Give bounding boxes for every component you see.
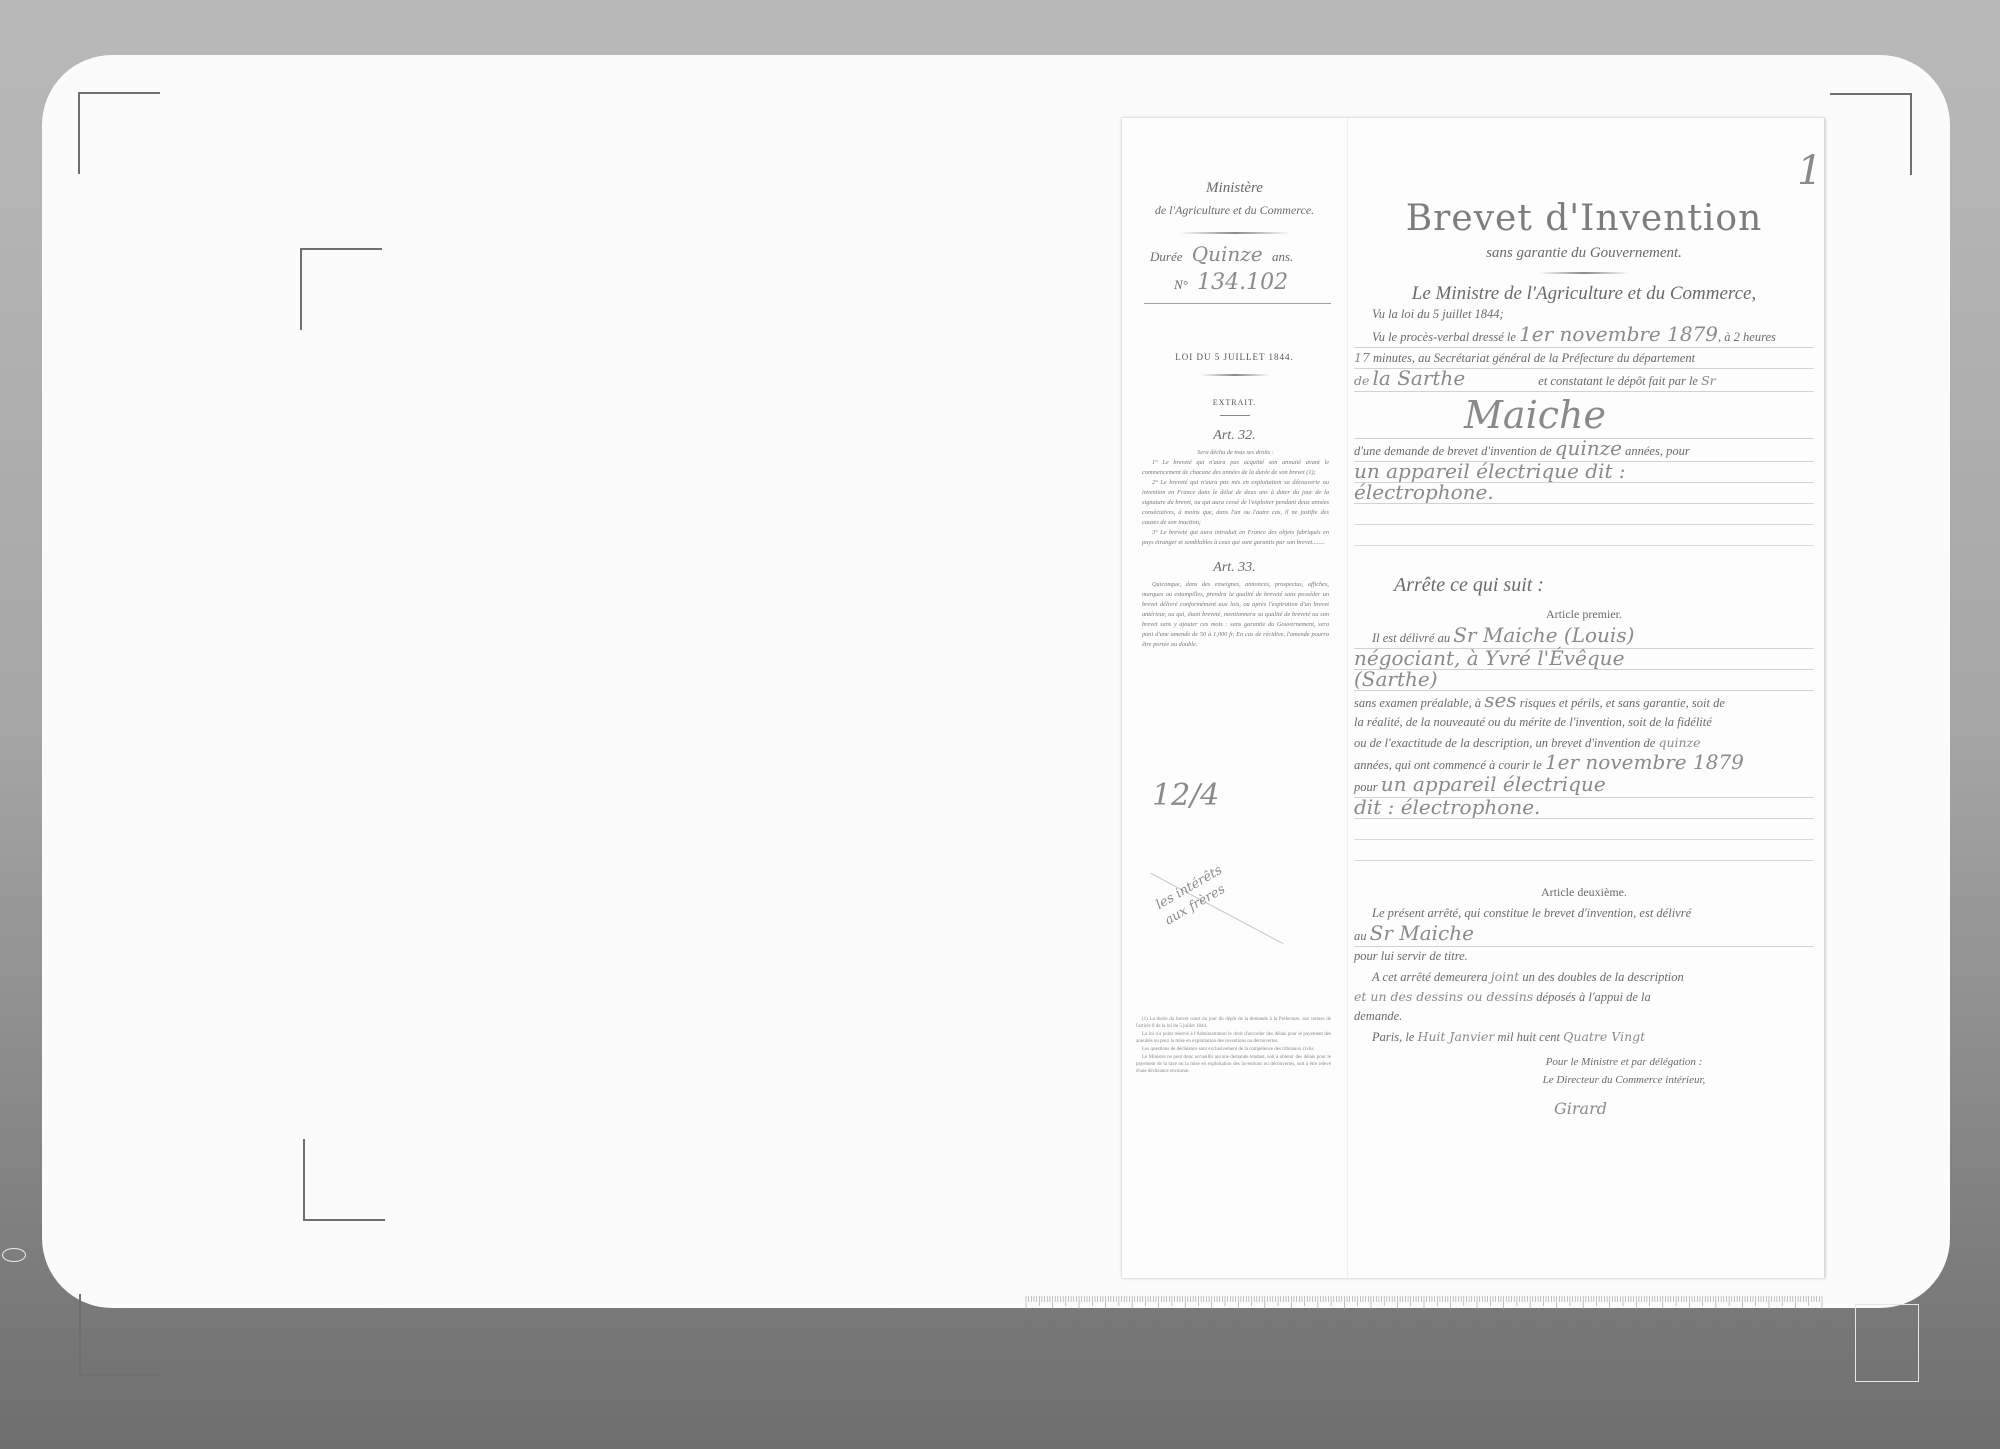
- document-title: Brevet d'Invention: [1354, 198, 1814, 239]
- invention-title-line: un appareil électrique: [1381, 772, 1606, 796]
- number-label: N°: [1174, 277, 1188, 292]
- margin-number: 12/4: [1152, 778, 1219, 813]
- svg-text:3: 3: [1103, 1318, 1109, 1329]
- deposit-date: 1er novembre 1879: [1519, 322, 1718, 346]
- static-text: Il est délivré au: [1372, 631, 1450, 645]
- ornament-divider: [1539, 272, 1629, 274]
- static-text: de: [1354, 373, 1369, 388]
- signoff-block: Pour le Ministre et par délégation : Le …: [1354, 1053, 1814, 1089]
- ministry-header: Ministère de l'Agriculture et du Commerc…: [1122, 180, 1347, 218]
- granted-duration: quinze: [1658, 735, 1700, 750]
- svg-text:10: 10: [1286, 1318, 1298, 1329]
- patent-document: 1 Ministère de l'Agriculture et du Comme…: [1122, 118, 1825, 1278]
- crop-mark-top-left: [78, 92, 160, 174]
- svg-text:19: 19: [1525, 1318, 1537, 1329]
- blank-line: [1354, 840, 1814, 861]
- patent-number: 134.102: [1197, 270, 1288, 295]
- svg-text:30: 30: [1816, 1318, 1828, 1329]
- static-text: minutes, au Secrétariat général de la Pr…: [1373, 351, 1695, 365]
- svg-text:21: 21: [1578, 1318, 1590, 1329]
- text-line: sans examen préalable, à ses risques et …: [1354, 691, 1814, 713]
- svg-text:16: 16: [1445, 1318, 1457, 1329]
- svg-text:17: 17: [1472, 1318, 1484, 1329]
- duration-label: Durée: [1150, 249, 1183, 264]
- duration-value: Quinze: [1192, 242, 1263, 266]
- extract-label: EXTRAIT.: [1122, 398, 1347, 407]
- arrete-heading: Arrête ce qui suit :: [1394, 576, 1814, 595]
- patent-number-field: N° 134.102: [1174, 270, 1347, 295]
- beneficiary-department: (Sarthe): [1354, 670, 1814, 691]
- article-33-heading: Art. 33.: [1122, 560, 1347, 576]
- article-33-body: Quiconque, dans des enseignes, annonces,…: [1142, 580, 1329, 650]
- static-text: Paris, le: [1372, 1030, 1414, 1044]
- svg-text:4: 4: [1129, 1318, 1135, 1329]
- static-text: mil huit cent: [1498, 1030, 1561, 1044]
- svg-text:6: 6: [1182, 1318, 1188, 1329]
- svg-text:27: 27: [1737, 1318, 1749, 1329]
- svg-text:2: 2: [1076, 1318, 1082, 1329]
- label-strip: [1855, 1304, 1919, 1382]
- article-32-text: Sera déchu de tous ses droits : 1° Le br…: [1122, 448, 1347, 548]
- footnotes: (1) La durée du brevet court du jour du …: [1136, 1016, 1331, 1076]
- divider: [1144, 303, 1331, 304]
- svg-text:5: 5: [1156, 1318, 1162, 1329]
- static-text: années, qui ont commencé à courir le: [1354, 758, 1542, 772]
- static-text: années, pour: [1625, 444, 1690, 458]
- svg-text:15: 15: [1418, 1318, 1430, 1329]
- svg-text:0: 0: [1023, 1318, 1029, 1329]
- dust-speck: [2, 1248, 26, 1262]
- static-text: au: [1354, 929, 1367, 943]
- svg-text:12: 12: [1339, 1318, 1351, 1329]
- footnote: La loi n'a point réservé à l'Administrat…: [1136, 1031, 1331, 1045]
- text-line: demande.: [1354, 1007, 1814, 1027]
- article-32-item: 2° Le breveté qui n'aura pas mis en expl…: [1142, 478, 1329, 528]
- date-line: Paris, le Huit Janvier mil huit cent Qua…: [1354, 1027, 1814, 1047]
- svg-text:26: 26: [1710, 1318, 1722, 1329]
- text-line: et un des dessins ou dessins déposés à l…: [1354, 987, 1814, 1007]
- static-text: sans examen préalable, à: [1354, 696, 1481, 710]
- document-subtitle: sans garantie du Gouvernement.: [1354, 245, 1814, 262]
- static-text: risques et périls, et sans garantie, soi…: [1520, 696, 1725, 710]
- article-32-item: 1° Le breveté qui n'aura pas acquitté so…: [1142, 458, 1329, 478]
- signoff-line: Pour le Ministre et par délégation :: [1434, 1053, 1814, 1071]
- depositor-title: Sr: [1701, 373, 1716, 388]
- ornament-divider: [1180, 232, 1290, 234]
- svg-text:13: 13: [1365, 1318, 1377, 1329]
- text-line: Vu le procès-verbal dressé le 1er novemb…: [1354, 325, 1814, 348]
- static-text: et constatant le dépôt fait par le: [1538, 374, 1698, 388]
- duration-field: Durée Quinze ans.: [1150, 242, 1347, 266]
- ornament-divider: [1200, 374, 1270, 376]
- article-32-item: 3° Le breveté qui aura introduit en Fran…: [1142, 528, 1329, 548]
- static-text: Vu le procès-verbal dressé le: [1372, 330, 1516, 344]
- svg-text:28: 28: [1763, 1318, 1775, 1329]
- footnote: Les questions de déchéance sont exclusiv…: [1136, 1046, 1331, 1053]
- text-line: A cet arrêté demeurera joint un des doub…: [1354, 967, 1814, 987]
- text-line: de la Sarthe et constatant le dépôt fait…: [1354, 369, 1814, 392]
- law-title: LOI DU 5 JUILLET 1844.: [1122, 352, 1347, 362]
- svg-text:20: 20: [1551, 1318, 1563, 1329]
- handwritten-insert: et un des dessins ou dessins: [1354, 989, 1533, 1004]
- date-year: Quatre Vingt: [1563, 1029, 1645, 1044]
- preamble: Le Ministre de l'Agriculture et du Comme…: [1354, 284, 1814, 1118]
- left-column: Ministère de l'Agriculture et du Commerc…: [1122, 118, 1348, 1278]
- svg-text:29: 29: [1790, 1318, 1802, 1329]
- invention-title-line: dit : électrophone.: [1354, 798, 1814, 819]
- blank-line: [1354, 819, 1814, 840]
- signature: Girard: [1554, 1099, 1814, 1118]
- crop-mark-top-right: [1830, 93, 1912, 175]
- svg-text:1: 1: [1050, 1318, 1056, 1329]
- svg-text:24: 24: [1657, 1318, 1669, 1329]
- footnote: (1) La durée du brevet court du jour du …: [1136, 1016, 1331, 1030]
- invention-title-line: électrophone.: [1354, 483, 1814, 504]
- signoff-line: Le Directeur du Commerce intérieur,: [1434, 1071, 1814, 1089]
- duration-unit: ans.: [1272, 249, 1293, 264]
- requested-duration: quinze: [1555, 436, 1622, 460]
- department-value: la Sarthe: [1373, 366, 1466, 390]
- svg-text:9: 9: [1262, 1318, 1268, 1329]
- text-line: pour lui servir de titre.: [1354, 947, 1814, 967]
- beneficiary-name: Sr Maiche (Louis): [1453, 623, 1634, 647]
- svg-text:11: 11: [1313, 1318, 1324, 1329]
- deposit-minutes: 17: [1354, 350, 1370, 365]
- right-column: Brevet d'Invention sans garantie du Gouv…: [1354, 118, 1814, 1278]
- divider: [1220, 415, 1250, 416]
- start-date: 1er novembre 1879: [1545, 750, 1744, 774]
- footnote: Le Ministre ne peut donc accueillir aucu…: [1136, 1054, 1331, 1075]
- article-premier-heading: Article premier.: [1354, 605, 1814, 624]
- measurement-ruler: 0123456789101112131415161718192021222324…: [1022, 1292, 1830, 1338]
- svg-text:22: 22: [1604, 1318, 1616, 1329]
- static-text: , à 2 heures: [1718, 330, 1776, 344]
- ministry-title: Ministère: [1122, 180, 1347, 197]
- risks-value: ses: [1484, 688, 1516, 712]
- ministry-subtitle: de l'Agriculture et du Commerce.: [1122, 203, 1347, 218]
- article-32-intro: Sera déchu de tous ses droits :: [1142, 448, 1329, 458]
- crop-mark-inner-top-left: [300, 248, 382, 330]
- svg-text:14: 14: [1392, 1318, 1404, 1329]
- article-32-heading: Art. 32.: [1122, 428, 1347, 444]
- static-text: d'une demande de brevet d'invention de: [1354, 444, 1552, 458]
- static-text: A cet arrêté demeurera: [1372, 970, 1488, 984]
- svg-text:23: 23: [1631, 1318, 1643, 1329]
- static-text: ou de l'exactitude de la description, un…: [1354, 736, 1655, 750]
- svg-text:8: 8: [1235, 1318, 1241, 1329]
- static-text: un des doubles de la description: [1522, 970, 1683, 984]
- blank-line: [1354, 525, 1814, 546]
- svg-text:25: 25: [1684, 1318, 1696, 1329]
- crop-mark-bottom-left: [79, 1294, 161, 1376]
- static-text: pour: [1354, 780, 1378, 794]
- article-33-text: Quiconque, dans des enseignes, annonces,…: [1122, 580, 1347, 650]
- depositor-name: Maiche: [1354, 392, 1814, 439]
- blank-line: [1354, 504, 1814, 525]
- svg-text:7: 7: [1209, 1318, 1215, 1329]
- handwritten-insert: joint: [1491, 969, 1519, 984]
- minister-heading: Le Ministre de l'Agriculture et du Comme…: [1354, 284, 1814, 303]
- text-line: au Sr Maiche: [1354, 924, 1814, 947]
- svg-text:18: 18: [1498, 1318, 1510, 1329]
- margin-note: les intérêts aux frères: [1153, 862, 1235, 930]
- static-text: déposés à l'appui de la: [1536, 990, 1650, 1004]
- crop-mark-inner-bottom-left: [303, 1139, 385, 1221]
- date-day: Huit Janvier: [1417, 1029, 1494, 1044]
- recipient-name: Sr Maiche: [1370, 921, 1474, 945]
- text-line: la réalité, de la nouveauté ou du mérite…: [1354, 713, 1814, 733]
- article-deuxieme-heading: Article deuxième.: [1354, 883, 1814, 902]
